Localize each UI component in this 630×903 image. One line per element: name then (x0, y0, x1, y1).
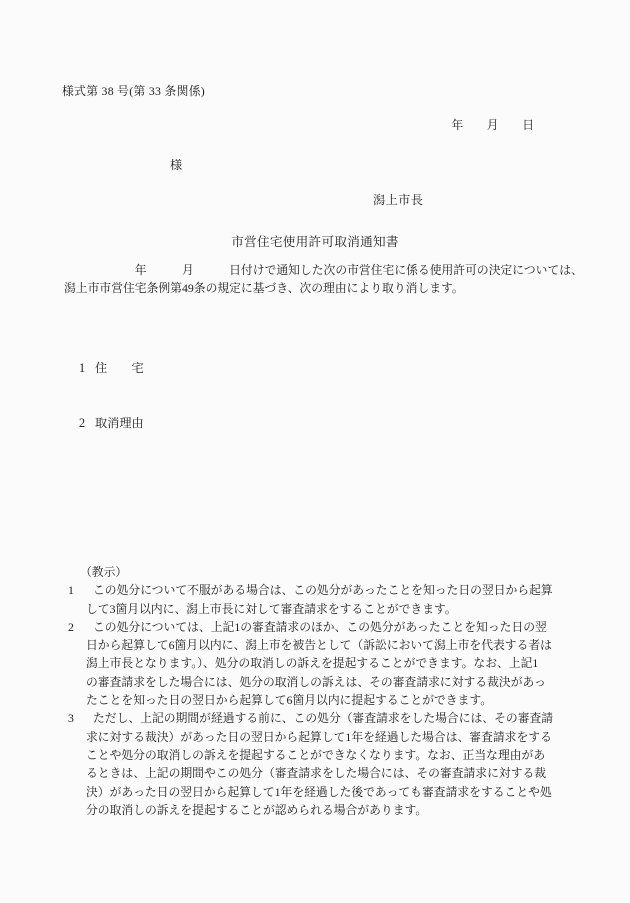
section-cancellation-reason-number: 2 (79, 416, 95, 431)
notice-line: ことや処分の取消しの訴えを提起することができなくなります。なお、正当な理由があ (86, 746, 553, 764)
notice-block: （教示） 1 この処分について不服がある場合は、この処分があったことを知った日の… (68, 563, 553, 819)
notice-line: この処分について不服がある場合は、この処分があったことを知った日の翌日から起算 (93, 581, 553, 599)
notice-item: 3 ただし、上記の期間が経過する前に、この処分（審査請求をした場合には、その審査… (68, 709, 553, 819)
notice-item-number: 3 (68, 709, 93, 727)
intro-line: 年 月 日付けで通知した次の市営住宅に係る使用許可の決定については、 (64, 261, 583, 279)
notice-line: の審査請求をした場合には、処分の取消しの訴えは、その審査請求に対する裁決があっ (86, 673, 553, 691)
notice-item-number: 1 (68, 581, 93, 599)
notice-line: 日から起算して6箇月以内に、潟上市を被告として（訴訟において潟上市を代表する者は (86, 636, 553, 654)
notice-line: 潟上市長となります。）、処分の取消しの訴えを提起することができます。なお、上記1 (86, 654, 553, 672)
notice-heading: （教示） (80, 563, 553, 581)
intro-paragraph: 年 月 日付けで通知した次の市営住宅に係る使用許可の決定については、 潟上市市営… (64, 261, 583, 297)
intro-line: 潟上市市営住宅条例第49条の規定に基づき、次の理由により取り消します。 (64, 279, 583, 297)
section-housing-label: 住 宅 (95, 361, 144, 375)
notice-line: たことを知った日の翌日から起算して6箇月以内に提起することができます。 (86, 691, 553, 709)
notice-item: 2 この処分については、上記1の審査請求のほか、この処分があったことを知った日の… (68, 618, 553, 709)
notice-line: して3箇月以内に、潟上市長に対して審査請求をすることができます。 (86, 600, 553, 618)
notice-line: この処分については、上記1の審査請求のほか、この処分があったことを知った日の翌 (93, 618, 547, 636)
issue-date-line: 年 月 日 (0, 116, 534, 133)
notice-line: 分の取消しの訴えを提起することが認められる場合があります。 (86, 801, 553, 819)
document-title: 市営住宅使用許可取消通知書 (0, 231, 630, 250)
notice-item-number: 2 (68, 618, 93, 636)
section-cancellation-reason-label: 取消理由 (95, 416, 144, 430)
notice-line: 決）があった日の翌日から起算して1年を経過した後であっても審査請求をすることや処 (86, 783, 553, 801)
notice-line: 求に対する裁決）があった日の翌日から起算して1年を経過した場合は、審査請求をする (86, 728, 553, 746)
section-housing: 1住 宅 (79, 359, 144, 376)
notice-line: ただし、上記の期間が経過する前に、この処分（審査請求をした場合には、その審査請 (93, 709, 553, 727)
document-page: 様式第 38 号(第 33 条関係) 年 月 日 様 潟上市長 市営住宅使用許可… (0, 0, 630, 903)
addressee-honorific: 様 (170, 156, 182, 173)
notice-line: るときは、上記の期間やこの処分（審査請求をした場合には、その審査請求に対する裁 (86, 764, 553, 782)
form-number: 様式第 38 号(第 33 条関係) (62, 82, 205, 99)
notice-item: 1 この処分について不服がある場合は、この処分があったことを知った日の翌日から起… (68, 581, 553, 618)
sender-name: 潟上市長 (373, 191, 423, 208)
section-cancellation-reason: 2取消理由 (79, 414, 144, 431)
section-housing-number: 1 (79, 361, 95, 376)
